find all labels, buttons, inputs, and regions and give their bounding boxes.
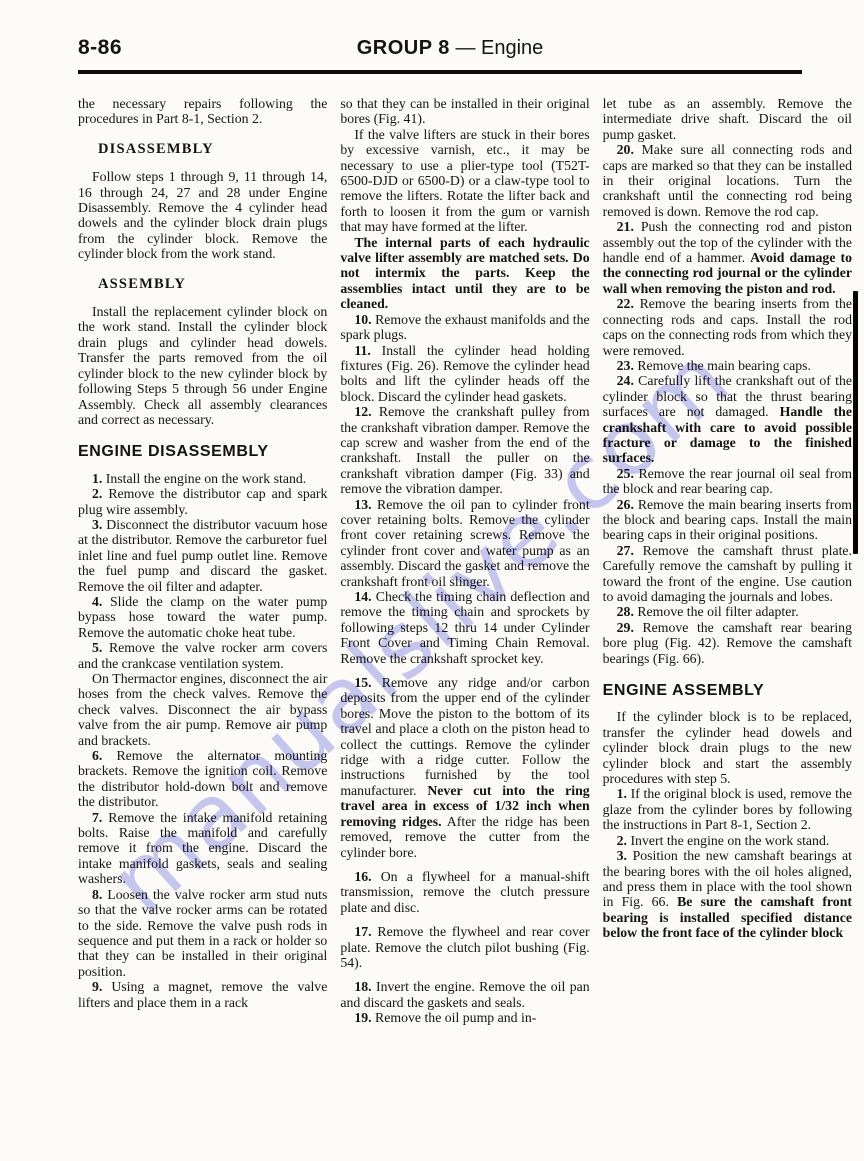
paragraph: 17. Remove the flywheel and rear cover p… [340, 924, 589, 970]
text-run: 18. [354, 979, 376, 994]
paragraph: 3. Disconnect the distributor vacuum hos… [78, 517, 327, 594]
text-run: Remove the oil pan to cylinder front cov… [340, 497, 589, 589]
text-run: If the valve lifters are stuck in their … [340, 127, 589, 234]
paragraph: let tube as an assembly. Remove the inte… [603, 96, 852, 142]
paragraph: 16. On a flywheel for a manual-shift tra… [340, 869, 589, 915]
text-run: Invert the engine. Remove the oil pan an… [340, 979, 589, 1009]
text-columns: the necessary repairs following the proc… [78, 96, 852, 1026]
paragraph: 11. Install the cylinder head holding fi… [340, 343, 589, 405]
paragraph: 13. Remove the oil pan to cylinder front… [340, 497, 589, 589]
column-middle: so that they can be installed in their o… [340, 96, 589, 1026]
text-run: The internal parts of each hydraulic val… [340, 235, 589, 312]
text-run: 5. [92, 640, 109, 655]
text-run: 26. [617, 497, 638, 512]
scan-edge-mark [853, 291, 858, 554]
paragraph: 23. Remove the main bearing caps. [603, 358, 852, 373]
paragraph: 12. Remove the crankshaft pulley from th… [340, 404, 589, 496]
text-run: 17. [354, 924, 377, 939]
text-run: 25. [617, 466, 639, 481]
text-run: 22. [617, 296, 640, 311]
text-run: Remove the flywheel and rear cover plate… [340, 924, 589, 970]
paragraph: 5. Remove the valve rocker arm covers an… [78, 640, 327, 671]
paragraph: Follow steps 1 through 9, 11 through 14,… [78, 169, 327, 261]
text-run: let tube as an assembly. Remove the inte… [603, 96, 852, 142]
paragraph: On Thermactor engines, disconnect the ai… [78, 671, 327, 748]
text-run: 11. [354, 343, 381, 358]
text-run: 19. [354, 1010, 375, 1025]
text-run: 16. [354, 869, 380, 884]
text-run: On Thermactor engines, disconnect the ai… [78, 671, 327, 748]
text-run: 2. [92, 486, 108, 501]
text-run: Remove the oil pump and in- [375, 1010, 536, 1025]
text-run: 1. [617, 786, 631, 801]
paragraph: 1. Install the engine on the work stand. [78, 471, 327, 486]
paragraph: If the cylinder block is to be replaced,… [603, 709, 852, 786]
paragraph: Install the replacement cylinder block o… [78, 304, 327, 427]
page-header: 8-86 GROUP 8 — Engine [0, 0, 864, 96]
paragraph: 18. Invert the engine. Remove the oil pa… [340, 979, 589, 1010]
paragraph: 4. Slide the clamp on the water pump byp… [78, 594, 327, 640]
page-title: GROUP 8 — Engine [0, 37, 864, 60]
text-run: Check the timing chain deflection and re… [340, 589, 589, 666]
text-run: 14. [354, 589, 375, 604]
text-run: Loosen the valve rocker arm stud nuts so… [78, 887, 327, 979]
title-rest: — Engine [450, 37, 543, 59]
text-run: Remove the bearing inserts from the conn… [603, 296, 852, 357]
paragraph: 15. Remove any ridge and/or carbon depos… [340, 675, 589, 860]
group-label: GROUP 8 [357, 37, 450, 59]
text-run: Install the engine on the work stand. [106, 471, 306, 486]
text-run: 12. [354, 404, 379, 419]
text-run: 3. [617, 848, 633, 863]
text-run: 27. [617, 543, 643, 558]
paragraph: 19. Remove the oil pump and in- [340, 1010, 589, 1025]
text-run: 3. [92, 517, 106, 532]
paragraph: 22. Remove the bearing inserts from the … [603, 296, 852, 358]
paragraph: 6. Remove the alternator mounting bracke… [78, 748, 327, 810]
text-run: Invert the engine on the work stand. [630, 833, 829, 848]
text-run: Remove the alternator mounting brackets.… [78, 748, 327, 809]
text-run: Remove the main bearing caps. [637, 358, 811, 373]
text-run: 8. [92, 887, 107, 902]
text-run: Remove the intake manifold retaining bol… [78, 810, 327, 887]
paragraph: 21. Push the connecting rod and piston a… [603, 219, 852, 296]
text-run: Using a magnet, remove the valve lifters… [78, 979, 327, 1009]
paragraph: 10. Remove the exhaust manifolds and the… [340, 312, 589, 343]
text-run: Remove the valve rocker arm covers and t… [78, 640, 327, 670]
text-run: Disconnect the distributor vacuum hose a… [78, 517, 327, 594]
paragraph: 25. Remove the rear journal oil seal fro… [603, 466, 852, 497]
paragraph: 20. Make sure all connecting rods and ca… [603, 142, 852, 219]
text-run: 7. [92, 810, 108, 825]
text-run: Remove the exhaust manifolds and the spa… [340, 312, 589, 342]
text-run: 6. [92, 748, 116, 763]
text-run: 28. [617, 604, 638, 619]
text-run: Slide the clamp on the water pump bypass… [78, 594, 327, 640]
paragraph: so that they can be installed in their o… [340, 96, 589, 127]
section-heading: ENGINE DISASSEMBLY [78, 444, 327, 459]
section-heading: ENGINE ASSEMBLY [603, 683, 852, 698]
text-run: If the original block is used, remove th… [603, 786, 852, 832]
text-run: 29. [617, 620, 643, 635]
paragraph: 9. Using a magnet, remove the valve lift… [78, 979, 327, 1010]
text-run: 2. [617, 833, 631, 848]
paragraph: 28. Remove the oil filter adapter. [603, 604, 852, 619]
text-run: 1. [92, 471, 106, 486]
text-run: Remove any ridge and/or carbon deposits … [340, 675, 589, 798]
text-run: 13. [354, 497, 377, 512]
text-run: the necessary repairs following the proc… [78, 96, 327, 126]
text-run: 24. [617, 373, 638, 388]
text-run: 4. [92, 594, 110, 609]
text-run: Remove the distributor cap and spark plu… [78, 486, 327, 516]
text-run: Remove the oil filter adapter. [637, 604, 798, 619]
paragraph: 26. Remove the main bearing inserts from… [603, 497, 852, 543]
text-run: Remove the rear journal oil seal from th… [603, 466, 852, 496]
paragraph: 24. Carefully lift the crankshaft out of… [603, 373, 852, 465]
paragraph: 29. Remove the camshaft rear bearing bor… [603, 620, 852, 666]
text-run: so that they can be installed in their o… [340, 96, 589, 126]
paragraph: If the valve lifters are stuck in their … [340, 127, 589, 235]
paragraph: 2. Remove the distributor cap and spark … [78, 486, 327, 517]
text-run: Remove the main bearing inserts from the… [603, 497, 852, 543]
text-run: 10. [354, 312, 375, 327]
text-run: Follow steps 1 through 9, 11 through 14,… [78, 169, 327, 261]
header-rule [78, 70, 802, 74]
text-run: 23. [617, 358, 638, 373]
paragraph: 14. Check the timing chain deflection an… [340, 589, 589, 666]
paragraph: 7. Remove the intake manifold retaining … [78, 810, 327, 887]
section-heading: ASSEMBLY [98, 277, 327, 292]
paragraph: 8. Loosen the valve rocker arm stud nuts… [78, 887, 327, 979]
paragraph: The internal parts of each hydraulic val… [340, 235, 589, 312]
text-run: If the cylinder block is to be replaced,… [603, 709, 852, 786]
paragraph: 1. If the original block is used, remove… [603, 786, 852, 832]
text-run: 21. [617, 219, 641, 234]
section-heading: DISASSEMBLY [98, 142, 327, 157]
column-right: let tube as an assembly. Remove the inte… [603, 96, 852, 941]
text-run: 9. [92, 979, 111, 994]
text-run: 15. [354, 675, 381, 690]
paragraph: 3. Position the new camshaft bearings at… [603, 848, 852, 940]
paragraph: 27. Remove the camshaft thrust plate. Ca… [603, 543, 852, 605]
paragraph: the necessary repairs following the proc… [78, 96, 327, 127]
text-run: Install the replacement cylinder block o… [78, 304, 327, 427]
text-run: 20. [617, 142, 642, 157]
column-left: the necessary repairs following the proc… [78, 96, 327, 1010]
paragraph: 2. Invert the engine on the work stand. [603, 833, 852, 848]
